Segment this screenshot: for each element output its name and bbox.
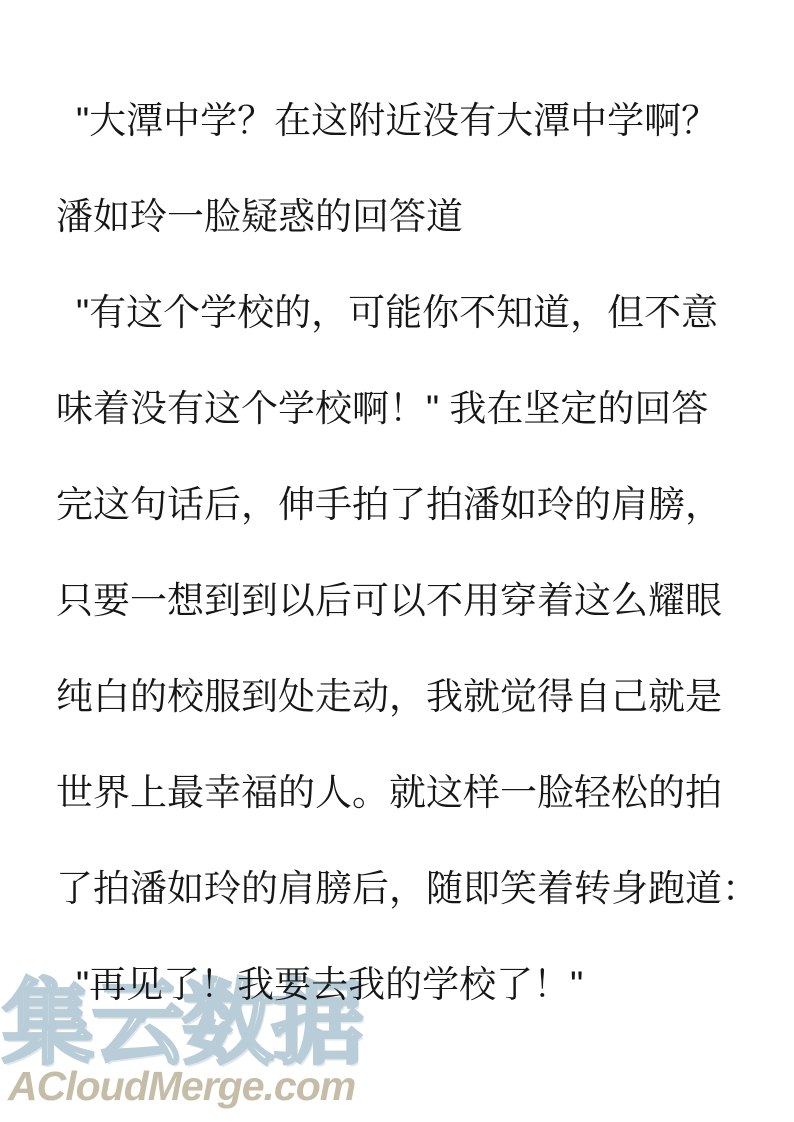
text-line-9: 了拍潘如玲的肩膀后，随即笑着转身跑道： xyxy=(56,841,759,937)
text-line-2: 潘如玲一脸疑惑的回答道 xyxy=(56,169,759,265)
novel-text-page: 集云数据 ACloudMerge.com "大潭中学？在这附近没有大潭中学啊？ … xyxy=(0,0,794,1122)
text-line-7: 纯白的校服到处走动，我就觉得自己就是 xyxy=(56,649,759,745)
story-text: "大潭中学？在这附近没有大潭中学啊？ 潘如玲一脸疑惑的回答道 "有这个学校的，可… xyxy=(56,73,759,1033)
text-line-3: "有这个学校的，可能你不知道，但不意 xyxy=(56,265,759,361)
text-line-5: 完这句话后，伸手拍了拍潘如玲的肩膀， xyxy=(56,457,759,553)
text-line-10: "再见了！我要去我的学校了！" xyxy=(56,937,759,1033)
text-line-4: 味着没有这个学校啊！" 我在坚定的回答 xyxy=(56,361,759,457)
text-line-6: 只要一想到到以后可以不用穿着这么耀眼 xyxy=(56,553,759,649)
text-line-1: "大潭中学？在这附近没有大潭中学啊？ xyxy=(56,73,759,169)
watermark-site-url: ACloudMerge.com xyxy=(8,1066,362,1106)
text-line-8: 世界上最幸福的人。就这样一脸轻松的拍 xyxy=(56,745,759,841)
